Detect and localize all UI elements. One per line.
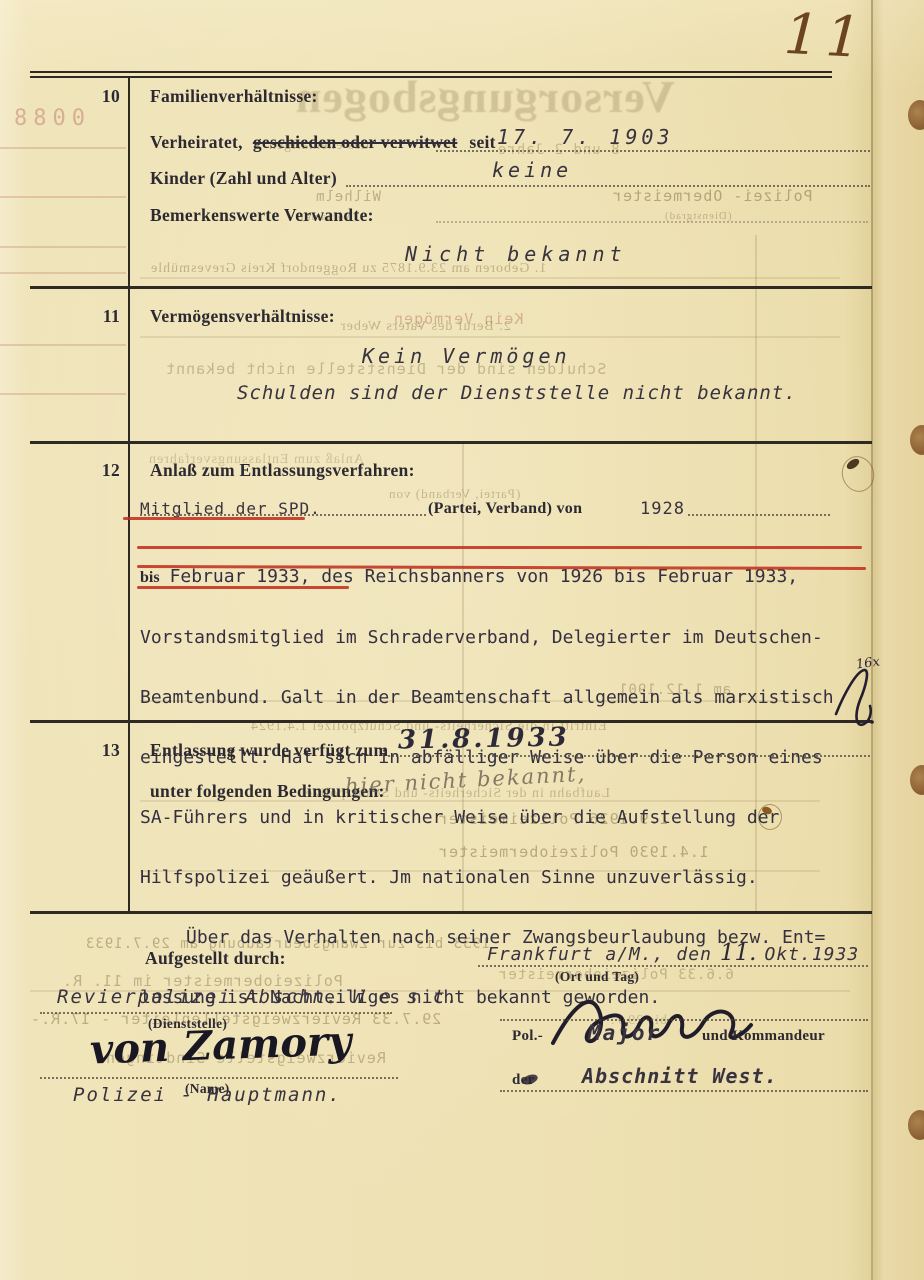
dotted-fill-line bbox=[500, 1019, 868, 1021]
ort-tag-label: (Ort und Tag) bbox=[555, 969, 639, 985]
rank-right-value: Major bbox=[588, 1021, 661, 1045]
bleedthrough-text: Wilhelm bbox=[315, 189, 381, 205]
partei-verband-label: (Partei, Verband) von bbox=[428, 500, 582, 518]
place-date-day: 11. bbox=[720, 940, 757, 966]
dismissal-date-label: Entlassung wurde verfügt zum bbox=[150, 740, 388, 761]
margin-initial-mark bbox=[828, 664, 882, 730]
corner-stamp: 0088 bbox=[8, 106, 85, 131]
dotted-fill-line bbox=[346, 185, 870, 187]
row-number: 11 bbox=[94, 306, 120, 327]
bleedthrough-text: Kein Vermögen bbox=[393, 310, 523, 328]
paragraph-line: Beamtenbund. Galt in der Beamtenschaft a… bbox=[140, 688, 834, 708]
children-label: Kinder (Zahl und Alter) bbox=[150, 168, 337, 189]
dotted-fill-line bbox=[388, 755, 870, 757]
assets-value: Kein Vermögen bbox=[362, 344, 571, 368]
table-top-rule bbox=[30, 71, 832, 73]
married-label-post: seit bbox=[469, 132, 495, 152]
red-underline bbox=[123, 517, 305, 520]
place-date-line: Frankfurt a/M., den 11. Okt.1933 bbox=[487, 940, 859, 966]
paragraph-line: SA-Führers und in kritischer Weise über … bbox=[140, 808, 834, 828]
aufgestellt-label: Aufgestellt durch: bbox=[145, 948, 286, 969]
punch-hole bbox=[910, 425, 924, 455]
children-value: keine bbox=[492, 158, 572, 182]
dienststelle-value: Revierpolizei Abschn. W e s t. bbox=[57, 986, 460, 1008]
section-heading: Vermögensverhältnisse: bbox=[150, 306, 335, 327]
punch-hole bbox=[910, 765, 924, 795]
debts-value: Schulden sind der Dienststelle nicht bek… bbox=[237, 382, 797, 404]
bleedthrough-rule bbox=[140, 277, 840, 279]
row-number: 12 bbox=[94, 460, 120, 481]
bleedthrough-rule bbox=[0, 196, 126, 198]
scanned-form-page: Versorgungsbogen des ehemaligen 8 und 2 … bbox=[0, 0, 924, 1280]
bleedthrough-rule bbox=[0, 344, 126, 346]
signature-left: von Zamory bbox=[89, 1017, 352, 1073]
punch-hole bbox=[908, 1110, 924, 1140]
paper-fold-crease bbox=[871, 0, 873, 1280]
dotted-fill-line bbox=[40, 1077, 398, 1079]
punch-hole bbox=[908, 100, 924, 130]
member-from-year: 1928 bbox=[640, 499, 685, 519]
bleedthrough-rule bbox=[0, 272, 126, 274]
red-underline bbox=[137, 586, 349, 589]
kommandeur-label: und Kommandeur bbox=[702, 1028, 825, 1045]
bleedthrough-rule bbox=[0, 246, 126, 248]
pol-label: Pol.- bbox=[512, 1028, 543, 1045]
dotted-fill-line bbox=[140, 514, 426, 516]
married-date-value: 17. 7. 1903 bbox=[497, 125, 673, 149]
bleedthrough-rule bbox=[140, 336, 840, 338]
place-date-post: Okt.1933 bbox=[764, 944, 859, 965]
red-underline bbox=[137, 546, 862, 549]
table-row-rule bbox=[30, 286, 872, 289]
dotted-fill-line bbox=[478, 965, 868, 967]
dismissal-date-value: 31.8.1933 bbox=[398, 723, 570, 756]
table-row-rule bbox=[30, 441, 872, 444]
dotted-fill-line bbox=[40, 1012, 392, 1014]
dotted-fill-line bbox=[436, 221, 868, 223]
dotted-fill-line bbox=[500, 1090, 868, 1092]
relatives-value: Nicht bekannt bbox=[405, 242, 627, 266]
bleedthrough-text: Polizei- Obermeister bbox=[612, 187, 813, 205]
section-heading: Familienverhältnisse: bbox=[150, 86, 318, 107]
rank-left-value: Polizei - Hauptmann. bbox=[73, 1084, 342, 1106]
row-number: 13 bbox=[94, 740, 120, 761]
bleedthrough-rule bbox=[0, 147, 126, 149]
dotted-fill-line bbox=[436, 150, 870, 152]
married-label-struck: geschieden oder verwitwet bbox=[253, 132, 458, 152]
paragraph-line: Hilfspolizei geäußert. Jm nationalen Sin… bbox=[140, 868, 834, 888]
table-top-rule bbox=[30, 76, 832, 78]
relatives-label: Bemerkenswerte Verwandte: bbox=[150, 205, 374, 226]
dotted-fill-line bbox=[688, 514, 830, 516]
place-date-pre: Frankfurt a/M., den bbox=[487, 944, 712, 965]
page-number-annotation: 11 bbox=[782, 2, 869, 71]
married-label-pre: Verheiratet, bbox=[150, 132, 243, 152]
bleedthrough-rule bbox=[0, 393, 126, 395]
row-number: 10 bbox=[94, 86, 120, 107]
table-column-rule bbox=[128, 77, 130, 911]
section-heading: Anlaß zum Entlassungsverfahren: bbox=[150, 460, 415, 481]
bis-label: bis bbox=[140, 569, 160, 586]
unit-value: Abschnitt West. bbox=[582, 1064, 778, 1088]
paragraph-line: Vorstandsmitglied im Schraderverband, De… bbox=[140, 628, 834, 648]
